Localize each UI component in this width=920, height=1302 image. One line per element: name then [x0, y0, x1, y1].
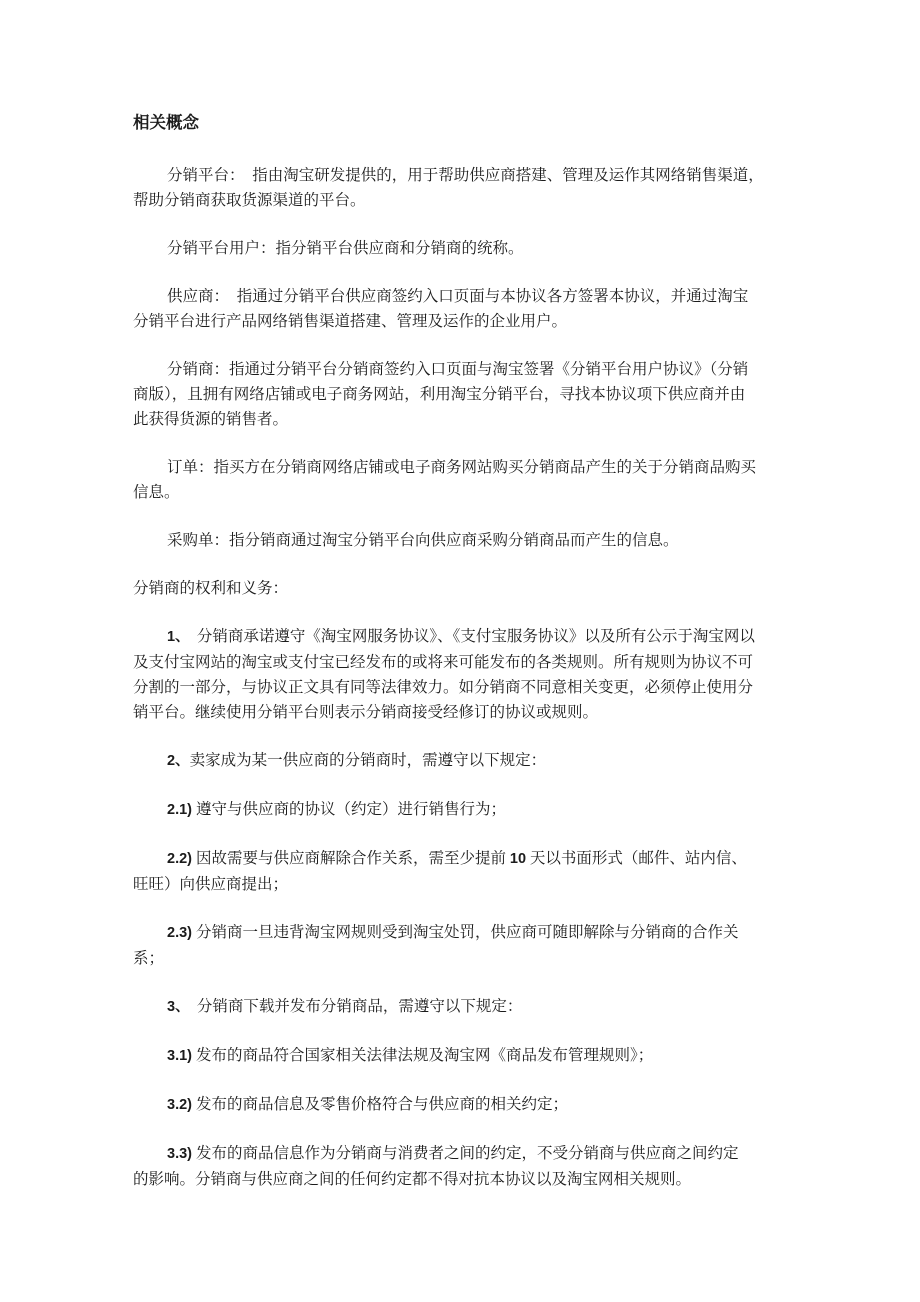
- definition-paragraph-platform-users: 分销平台用户：指分销平台供应商和分销商的统称。: [133, 236, 833, 261]
- definition-paragraph-distributor: 分销商：指通过分销平台分销商签约入口页面与淘宝签署《分销平台用户协议》（分销 商…: [133, 357, 833, 432]
- clause-paragraph-2: 2、卖家成为某一供应商的分销商时，需遵守以下规定：: [133, 748, 833, 774]
- clause-number: 1、: [167, 629, 197, 645]
- clause-number: 2、: [167, 753, 190, 769]
- definition-paragraph-supplier: 供应商： 指通过分销平台供应商签约入口页面与本协议各方签署本协议，并通过淘宝 分…: [133, 284, 833, 334]
- clause-number: 3.1): [167, 1048, 196, 1064]
- definition-paragraph-distribution-platform: 分销平台： 指由淘宝研发提供的，用于帮助供应商搭建、管理及运作其网络销售渠道， …: [133, 163, 833, 213]
- document-page: 相关概念 分销平台： 指由淘宝研发提供的，用于帮助供应商搭建、管理及运作其网络销…: [0, 0, 920, 1302]
- clause-paragraph-1: 1、 分销商承诺遵守《淘宝网服务协议》、《支付宝服务协议》以及所有公示于淘宝网以…: [133, 624, 833, 725]
- clause-text: 遵守与供应商的协议（约定）进行销售行为；: [196, 801, 506, 818]
- clause-number: 3.2): [167, 1097, 196, 1113]
- clause-paragraph-3-3: 3.3) 发布的商品信息作为分销商与消费者之间的约定，不受分销商与供应商之间约定…: [133, 1141, 833, 1192]
- clause-text: 发布的商品符合国家相关法律法规及淘宝网《商品发布管理规则》；: [196, 1047, 653, 1064]
- clause-text: 卖家成为某一供应商的分销商时，需遵守以下规定：: [190, 752, 547, 769]
- definition-paragraph-purchase-order: 采购单：指分销商通过淘宝分销平台向供应商采购分销商品而产生的信息。: [133, 528, 833, 553]
- document-title: 相关概念: [133, 110, 833, 135]
- clause-number: 2.3): [167, 925, 196, 941]
- clause-text: 发布的商品信息及零售价格符合与供应商的相关约定；: [196, 1096, 568, 1113]
- clause-text: 分销商下载并发布分销商品，需遵守以下规定：: [197, 998, 523, 1015]
- clause-text: 分销商承诺遵守《淘宝网服务协议》、《支付宝服务协议》以及所有公示于淘宝网以 及支…: [133, 628, 755, 721]
- clause-paragraph-2-2: 2.2) 因故需要与供应商解除合作关系，需至少提前 10 天以书面形式（邮件、站…: [133, 846, 833, 897]
- clause-paragraph-2-3: 2.3) 分销商一旦违背淘宝网规则受到淘宝处罚，供应商可随即解除与分销商的合作关…: [133, 920, 833, 971]
- clause-text: 分销商一旦违背淘宝网规则受到淘宝处罚，供应商可随即解除与分销商的合作关 系；: [133, 924, 739, 967]
- inline-number: 10: [510, 851, 526, 867]
- clause-paragraph-2-1: 2.1) 遵守与供应商的协议（约定）进行销售行为；: [133, 797, 833, 823]
- clause-number: 2.1): [167, 802, 196, 818]
- section-heading-rights-obligations: 分销商的权利和义务：: [133, 576, 833, 601]
- clause-text: 因故需要与供应商解除合作关系，需至少提前: [196, 850, 510, 867]
- clause-number: 3、: [167, 999, 197, 1015]
- definition-paragraph-order: 订单：指买方在分销商网络店铺或电子商务网站购买分销商品产生的关于分销商品购买 信…: [133, 455, 833, 505]
- clause-paragraph-3-2: 3.2) 发布的商品信息及零售价格符合与供应商的相关约定；: [133, 1092, 833, 1118]
- clause-number: 2.2): [167, 851, 196, 867]
- clause-paragraph-3-1: 3.1) 发布的商品符合国家相关法律法规及淘宝网《商品发布管理规则》；: [133, 1043, 833, 1069]
- document-content: 相关概念 分销平台： 指由淘宝研发提供的，用于帮助供应商搭建、管理及运作其网络销…: [133, 110, 833, 1192]
- clause-text: 发布的商品信息作为分销商与消费者之间的约定，不受分销商与供应商之间约定 的影响。…: [133, 1145, 739, 1188]
- clause-paragraph-3: 3、 分销商下载并发布分销商品，需遵守以下规定：: [133, 994, 833, 1020]
- clause-number: 3.3): [167, 1146, 196, 1162]
